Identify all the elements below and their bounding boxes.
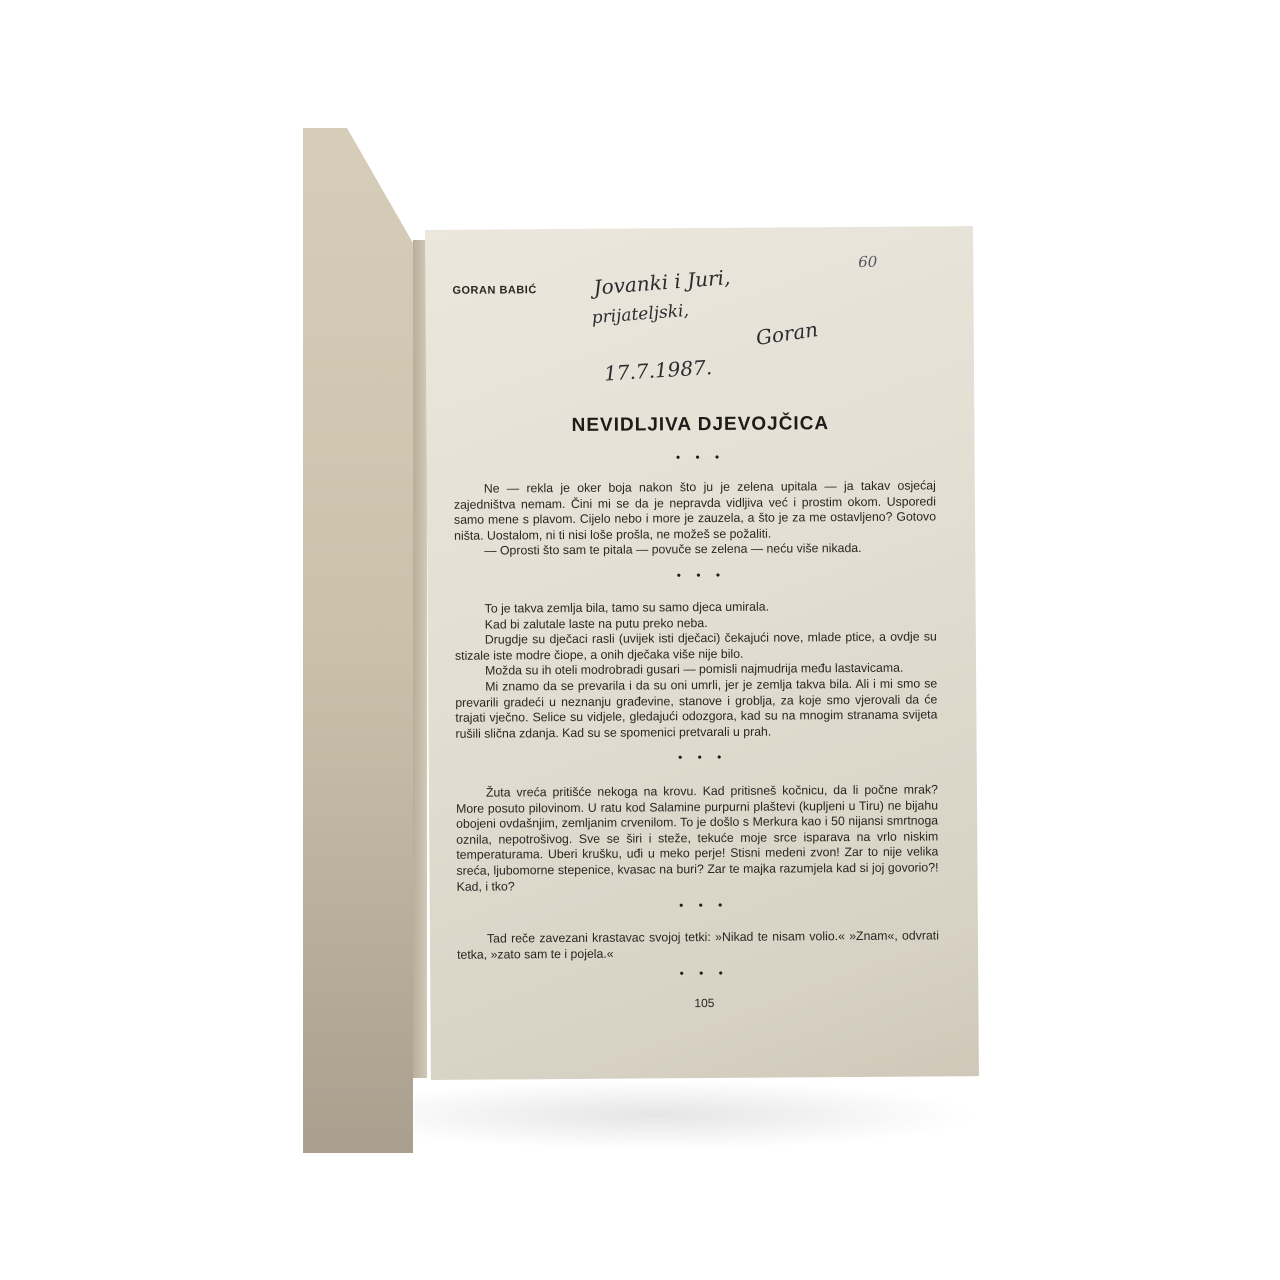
paragraph: — Oprosti što sam te pitala — povuče se … [454, 541, 936, 560]
chapter-title: NEVIDLJIVA DJEVOJČICA [426, 412, 974, 438]
corner-pencil-note: 60 [858, 253, 877, 271]
author-name: GORAN BABIĆ [452, 284, 536, 297]
paragraph: Tad reče zavezani krastavac svojoj tetki… [457, 928, 939, 963]
inscription-signature: Goran [754, 317, 819, 350]
right-page: GORAN BABIĆ 60 Jovanki i Juri, prijatelj… [425, 226, 979, 1080]
section-4: Tad reče zavezani krastavac svojoj tetki… [457, 928, 939, 963]
book-shadow [330, 1080, 980, 1150]
section-separator: • • • [427, 566, 975, 584]
section-2: To je takva zemlja bila, tamo su samo dj… [455, 598, 938, 742]
section-3: Žuta vreća pritišće nekoga na krovu. Kad… [456, 782, 939, 895]
paragraph: Drugdje su dječaci rasli (uvijek isti dj… [455, 630, 937, 665]
section-separator: • • • [429, 748, 977, 766]
inscription-line-1: Jovanki i Juri, [593, 265, 731, 299]
paragraph: Mi znamo da se prevarila i da su oni umr… [455, 676, 937, 742]
section-1: Ne — rekla je oker boja nakon što ju je … [454, 478, 937, 559]
page-number: 105 [430, 994, 978, 1012]
inscription-line-2: prijateljski, [591, 301, 690, 328]
left-page-edge [303, 128, 423, 1153]
paragraph: Ne — rekla je oker boja nakon što ju je … [454, 478, 936, 544]
section-separator: • • • [430, 896, 978, 914]
section-separator: • • • [430, 964, 978, 982]
book-gutter [413, 240, 427, 1078]
section-separator: • • • [427, 448, 975, 466]
inscription-date: 17.7.1987. [603, 355, 712, 385]
paragraph: Žuta vreća pritišće nekoga na krovu. Kad… [456, 782, 939, 895]
